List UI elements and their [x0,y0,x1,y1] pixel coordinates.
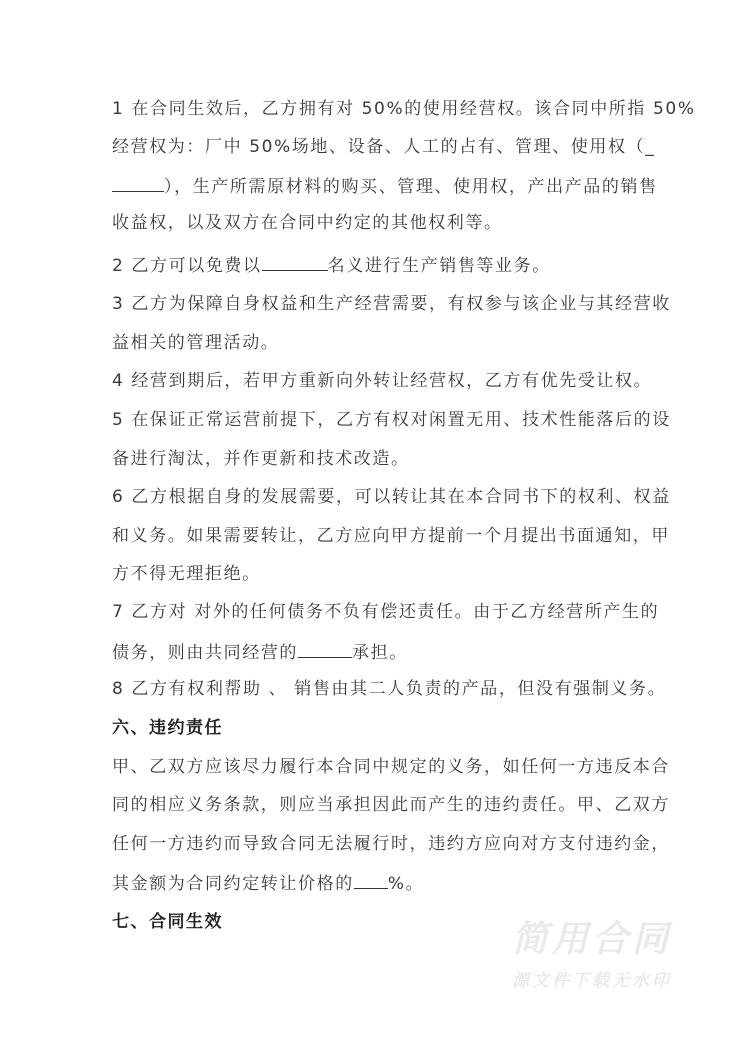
clause-2-line-1: 2 乙方可以免费以名义进行生产销售等业务。 [112,252,551,278]
clause-7-line-2: 债务，则由共同经营的承担。 [112,639,408,665]
clause-1-line-1: 1 在合同生效后，乙方拥有对 50%的使用经营权。该合同中所指 50% [112,97,696,121]
watermark-subtitle: 源文件下载无水印 [512,966,712,996]
clause-7-line-1: 7 乙方对 对外的任何债务不负有偿还责任。由于乙方经营所产生的 [112,600,659,624]
clause-2-text-after: 名义进行生产销售等业务。 [328,256,551,276]
clause-8-line-1: 8 乙方有权利帮助 、 销售由其二人负责的产品，但没有强制义务。 [112,677,666,701]
clause-4-line-1: 4 经营到期后，若甲方重新向外转让经营权，乙方有优先受让权。 [112,369,652,393]
clause-1-line-3: ），生产所需原材料的购买、管理、使用权，产出产品的销售 [112,173,658,199]
document-page: 1 在合同生效后，乙方拥有对 50%的使用经营权。该合同中所指 50% 经营权为… [0,0,742,1049]
blank-field [262,252,328,271]
section-6-text-before: 其金额为合同约定转让价格的 [112,874,354,894]
section-6-line-2: 同的相应义务条款，则应当承担因此而产生的违约责任。甲、乙双方 [112,793,670,817]
section-6-heading: 六、违约责任 [112,716,223,740]
watermark: 简用合同 源文件下载无水印 [512,918,712,996]
clause-7-text-after: 承担。 [352,643,408,663]
clause-3-line-2: 益相关的管理活动。 [112,331,279,355]
clause-3-line-1: 3 乙方为保障自身权益和生产经营需要，有权参与该企业与其经营收 [112,292,671,316]
clause-2-text-before: 2 乙方可以免费以 [112,256,262,276]
clause-7-text-before: 债务，则由共同经营的 [112,643,298,663]
section-6-line-4: 其金额为合同约定转让价格的%。 [112,870,424,896]
clause-6-line-3: 方不得无理拒绝。 [112,562,261,586]
section-6-text-after: %。 [388,874,424,894]
blank-field [298,639,352,658]
watermark-title: 简用合同 [512,918,712,962]
clause-1-line-2: 经营权为：厂中 50%场地、设备、人工的占有、管理、使用权（_ [112,135,655,159]
clause-5-line-1: 5 在保证正常运营前提下，乙方有权对闲置无用、技术性能落后的设 [112,408,671,432]
section-7-heading: 七、合同生效 [112,910,223,934]
section-6-line-3: 任何一方违约而导致合同无法履行时，违约方应向对方支付违约金， [112,832,670,856]
clause-5-line-2: 备进行淘汰，并作更新和技术改造。 [112,447,410,471]
clause-1-line-3-text: ），生产所需原材料的购买、管理、使用权，产出产品的销售 [164,177,658,197]
blank-field [112,173,164,192]
clause-6-line-1: 6 乙方根据自身的发展需要，可以转让其在本合同书下的权利、权益 [112,485,671,509]
clause-1-line-4: 收益权，以及双方在合同中约定的其他权利等。 [112,211,503,235]
section-6-line-1: 甲、乙双方应该尽力履行本合同中规定的义务，如任何一方违反本合 [112,755,670,779]
blank-field [354,870,388,889]
clause-6-line-2: 和义务。如果需要转让，乙方应向甲方提前一个月提出书面通知，甲 [112,524,670,548]
